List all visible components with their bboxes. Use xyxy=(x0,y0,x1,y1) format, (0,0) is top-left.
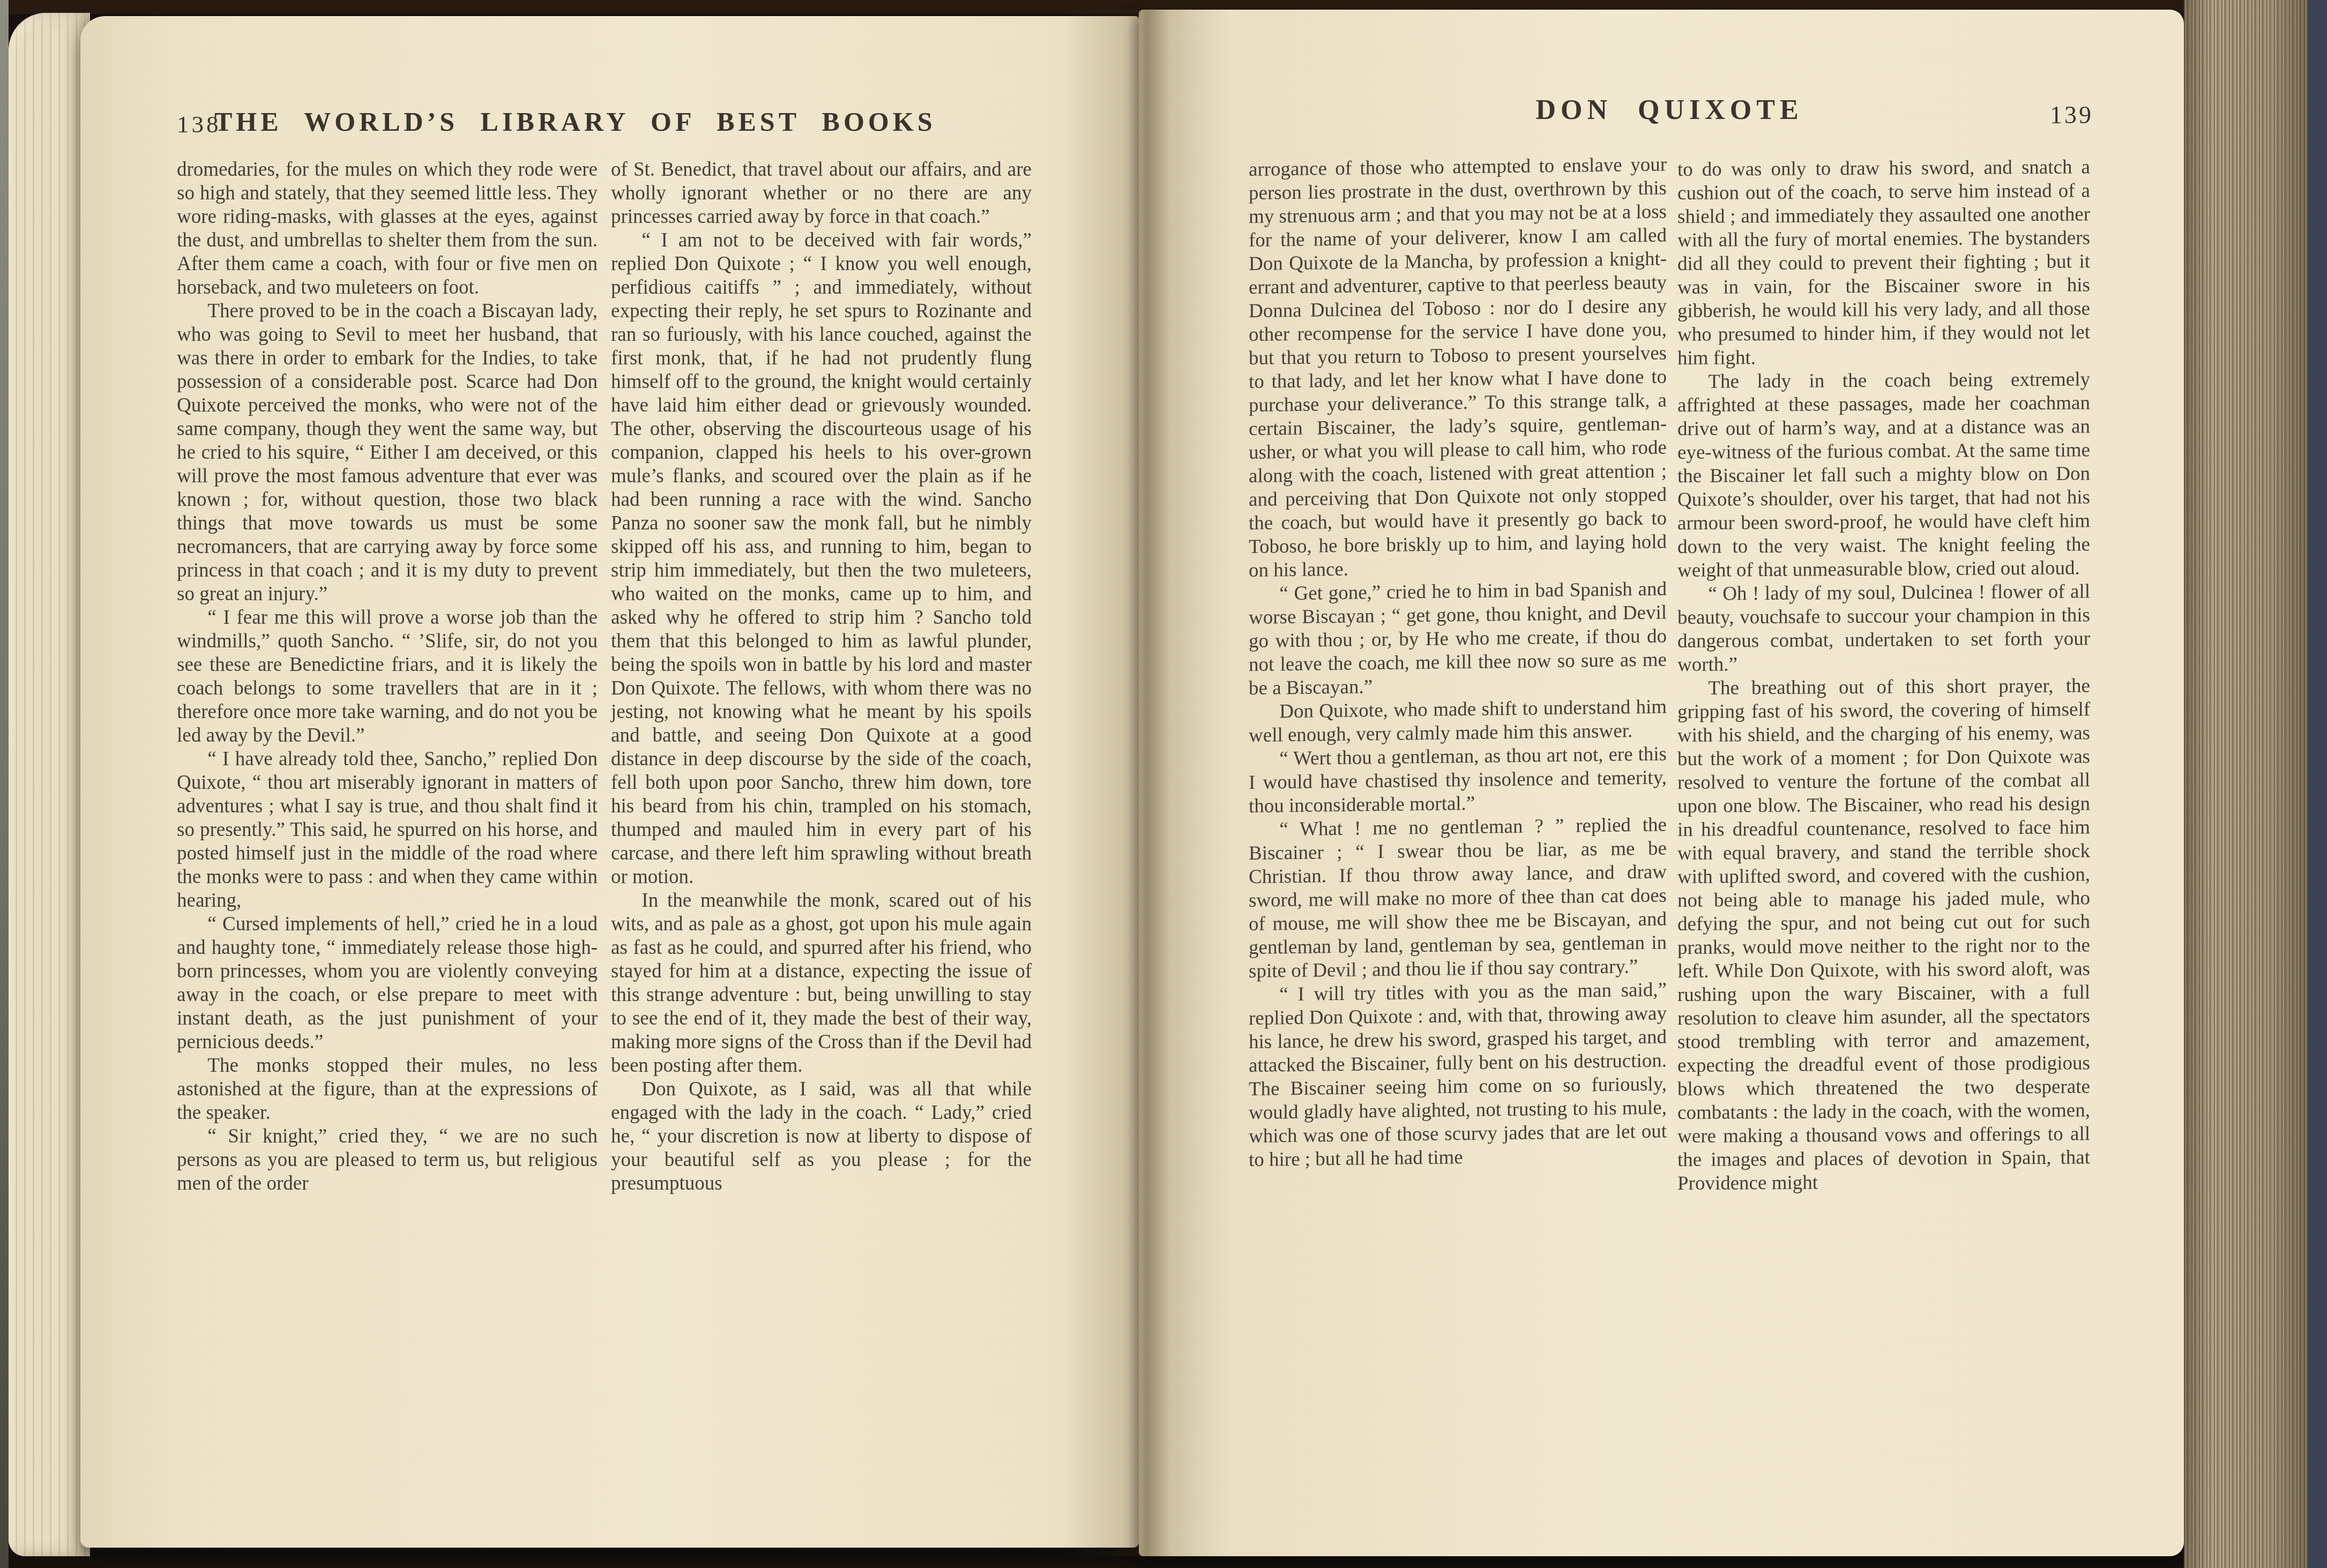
text-column-right-2: to do was only to draw his sword, and sn… xyxy=(1677,155,2090,1196)
left-page: 138 THE WORLD’S LIBRARY OF BEST BOOKS dr… xyxy=(80,16,1139,1548)
paragraph: “ Sir knight,” cried they, “ we are no s… xyxy=(177,1125,598,1196)
paragraph: arrogance of those who attempted to ensl… xyxy=(1249,153,1667,583)
left-page-edge-stack xyxy=(9,13,90,1556)
running-head-right: DON QUIXOTE xyxy=(1455,94,1884,126)
paragraph: The breathing out of this short prayer, … xyxy=(1677,674,2090,1196)
paragraph: “ I am not to be deceived with fair word… xyxy=(611,229,1032,889)
book-spine-edge xyxy=(0,0,9,1568)
paragraph: “ I have already told thee, Sancho,” rep… xyxy=(177,748,598,913)
paragraph: The lady in the coach being extremely af… xyxy=(1677,368,2090,583)
page-number-right: 139 xyxy=(2050,101,2093,129)
paragraph: “ Wert thou a gentleman, as thou art not… xyxy=(1249,742,1667,818)
text-column-right-1: arrogance of those who attempted to ensl… xyxy=(1249,153,1667,1172)
paragraph: Don Quixote, as I said, was all that whi… xyxy=(611,1078,1032,1196)
right-page: DON QUIXOTE 139 arrogance of those who a… xyxy=(1139,10,2184,1556)
text-column-left-1: dromedaries, for the mules on which they… xyxy=(177,158,598,1196)
book-photograph: 138 THE WORLD’S LIBRARY OF BEST BOOKS dr… xyxy=(0,0,2327,1568)
back-cover-edge xyxy=(2308,0,2327,1568)
paragraph: “ I will try titles with you as the man … xyxy=(1249,978,1667,1172)
paragraph: “ I fear me this will prove a worse job … xyxy=(177,606,598,748)
text-column-left-2: of St. Benedict, that travel about our a… xyxy=(611,158,1032,1196)
paragraph: “ What ! me no gentleman ? ” replied the… xyxy=(1249,813,1667,983)
running-head-left: THE WORLD’S LIBRARY OF BEST BOOKS xyxy=(214,106,933,137)
paragraph: to do was only to draw his sword, and sn… xyxy=(1677,155,2090,370)
paragraph: “ Cursed implements of hell,” cried he i… xyxy=(177,913,598,1054)
paragraph: There proved to be in the coach a Biscay… xyxy=(177,300,598,606)
paragraph: In the meanwhile the monk, scared out of… xyxy=(611,889,1032,1078)
paragraph: “ Oh ! lady of my soul, Dulcinea ! flowe… xyxy=(1677,580,2090,677)
paragraph: Don Quixote, who made shift to understan… xyxy=(1249,695,1667,748)
paragraph: The monks stopped their mules, no less a… xyxy=(177,1054,598,1125)
paragraph: “ Get gone,” cried he to him in bad Span… xyxy=(1249,577,1667,700)
paragraph: dromedaries, for the mules on which they… xyxy=(177,158,598,300)
fore-edge-page-stack xyxy=(2184,0,2308,1568)
paragraph: of St. Benedict, that travel about our a… xyxy=(611,158,1032,229)
